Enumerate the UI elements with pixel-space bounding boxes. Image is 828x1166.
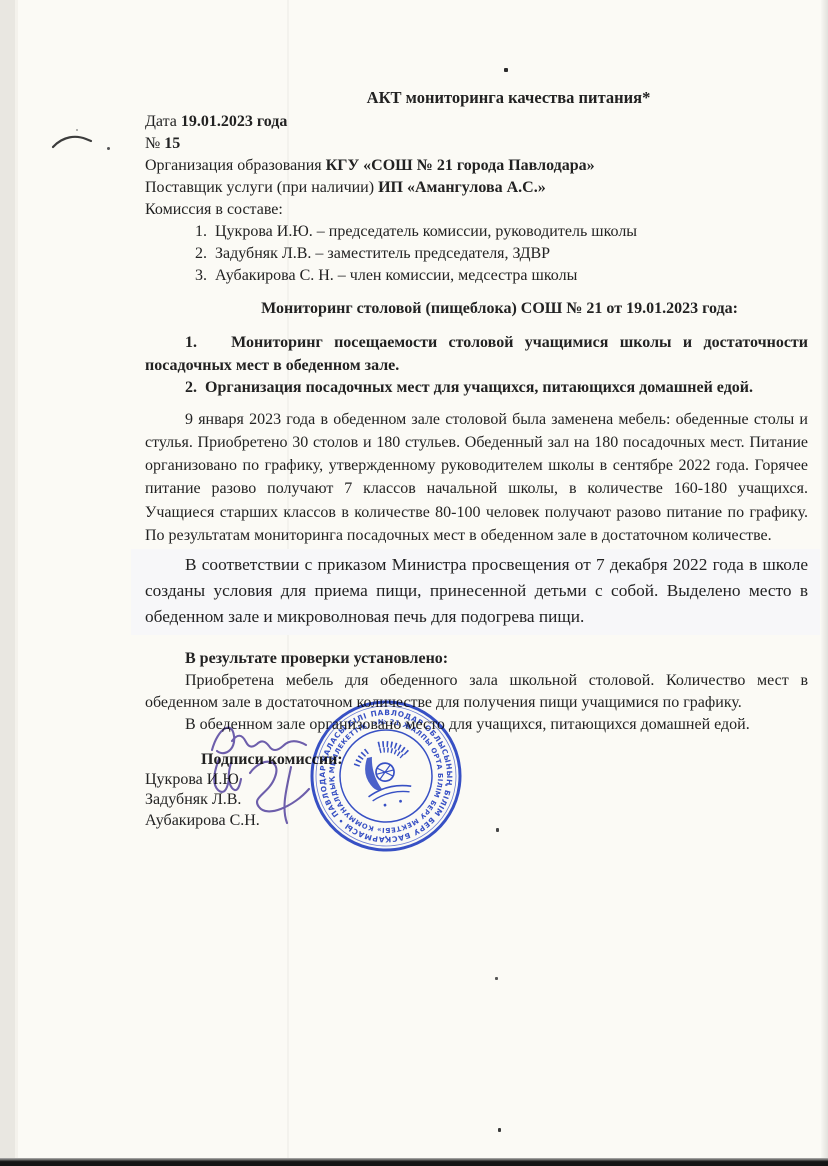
item-number: 1. — [185, 334, 197, 351]
item-number: 2. — [185, 379, 197, 396]
doc-number-line: № 15 — [145, 133, 808, 155]
signature-ink — [250, 762, 309, 823]
organization-line: Организация образования КГУ «СОШ № 21 го… — [145, 155, 808, 177]
document-meta: Дата 19.01.2023 года № 15 Организация об… — [145, 111, 808, 221]
commission-member: Цукрова И.Ю. – председатель комиссии, ру… — [211, 221, 808, 243]
monitoring-heading: Мониторинг столовой (пищеблока) СОШ № 21… — [145, 298, 808, 319]
scan-edge-bottom — [0, 1158, 828, 1166]
ink-speck — [498, 1128, 501, 1132]
doc-number-label: № — [145, 135, 164, 152]
body-paragraph-1: 9 января 2023 года в обеденном зале стол… — [145, 408, 808, 548]
monitoring-item-1: 1. Мониторинг посещаемости столовой учащ… — [145, 332, 808, 377]
official-stamp: ПАВЛОДАР ОБЛЫСЫНЫҢ БІЛІМ БЕРУ БАСҚАРМАСЫ… — [306, 696, 466, 856]
supplier-value: ИП «Амангулова А.С.» — [378, 179, 546, 196]
item-text: Организация посадочных мест для учащихся… — [205, 379, 753, 396]
commission-member: Аубакирова С. Н. – член комиссии, медсес… — [211, 265, 808, 287]
ink-speck — [76, 129, 78, 131]
doc-number-value: 15 — [164, 135, 180, 152]
organization-label: Организация образования — [145, 157, 326, 174]
results-heading: В результате проверки установлено: — [145, 648, 808, 670]
edited-paragraph-text: В соответствии с приказом Министра просв… — [145, 552, 808, 630]
document-title: АКТ мониторинга качества питания* — [145, 88, 808, 108]
monitoring-item-2: 2. Организация посадочных мест для учащи… — [145, 377, 808, 400]
commission-label: Комиссия в составе: — [145, 199, 808, 221]
edited-paragraph-block: В соответствии с приказом Министра просв… — [131, 549, 820, 635]
scanned-document-page: АКТ мониторинга качества питания* Дата 1… — [0, 0, 828, 1166]
date-value: 19.01.2023 года — [181, 113, 288, 130]
scan-edge-left-highlight — [15, 0, 18, 1166]
pen-mark — [48, 126, 124, 158]
supplier-label: Поставщик услуги (при наличии) — [145, 179, 378, 196]
supplier-line: Поставщик услуги (при наличии) ИП «Аманг… — [145, 177, 808, 199]
results-paragraph-1: Приобретена мебель для обеденного зала ш… — [145, 670, 808, 714]
organization-value: КГУ «СОШ № 21 города Павлодара» — [326, 157, 595, 174]
commission-list: Цукрова И.Ю. – председатель комиссии, ру… — [145, 221, 808, 287]
signature-ink — [212, 728, 306, 754]
ink-speck — [495, 977, 498, 980]
item-text: Мониторинг посещаемости столовой учащими… — [145, 334, 808, 374]
commission-member: Задубняк Л.В. – заместитель председателя… — [211, 243, 808, 265]
ink-speck — [107, 147, 110, 150]
date-label: Дата — [145, 113, 181, 130]
scan-edge-right — [821, 0, 828, 1166]
stamp-emblem — [353, 739, 418, 811]
ink-speck — [504, 68, 508, 72]
scan-edge-left — [0, 0, 15, 1166]
signature-ink — [214, 759, 241, 792]
ink-speck — [496, 828, 499, 832]
date-line: Дата 19.01.2023 года — [145, 111, 808, 133]
